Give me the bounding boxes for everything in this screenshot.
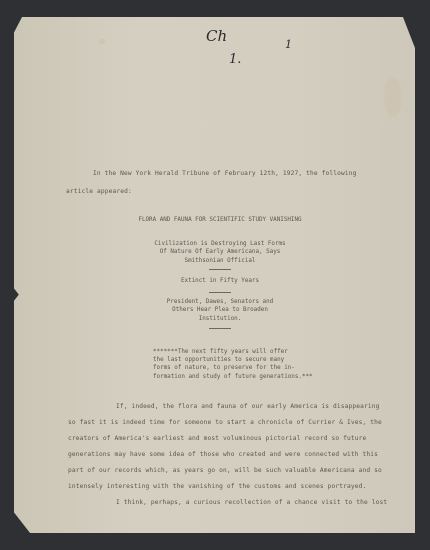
body-line-4: generations may have some idea of those …	[68, 452, 378, 458]
paper-stain	[384, 77, 402, 117]
body-line-2: so fast it is indeed time for someone to…	[68, 420, 382, 426]
body-line-7: I think, perhaps, a curious recollection…	[116, 500, 387, 506]
article-subhead-1: Civilization is Destroying Last Forms Of…	[120, 240, 320, 265]
article-headline: FLORA AND FAUNA FOR SCIENTIFIC STUDY VAN…	[120, 217, 320, 224]
handwritten-mark-ch: Ch	[206, 27, 227, 45]
body-line-6: intensely interesting with the vanishing…	[68, 484, 366, 490]
body-line-1: If, indeed, the flora and fauna of our e…	[116, 404, 380, 410]
intro-line-2: article appeared:	[66, 189, 132, 195]
body-line-3: creators of America's earliest and most …	[68, 436, 366, 442]
article-subhead-2: Extinct in Fifty Years	[120, 277, 320, 285]
paper-stain	[99, 39, 105, 44]
divider-rule	[209, 292, 231, 293]
article-quote: *******The next fifty years will offer t…	[153, 348, 313, 381]
handwritten-mark-page-number: 1.	[229, 52, 241, 67]
divider-rule	[209, 269, 231, 270]
article-subhead-3: President, Dawes, Senators and Others He…	[120, 298, 320, 323]
body-line-5: part of our records which, as years go o…	[68, 468, 382, 474]
intro-line-1: In the New York Herald Tribune of Februa…	[93, 171, 357, 177]
divider-rule	[209, 328, 231, 329]
handwritten-mark-tick: 1	[285, 38, 292, 51]
